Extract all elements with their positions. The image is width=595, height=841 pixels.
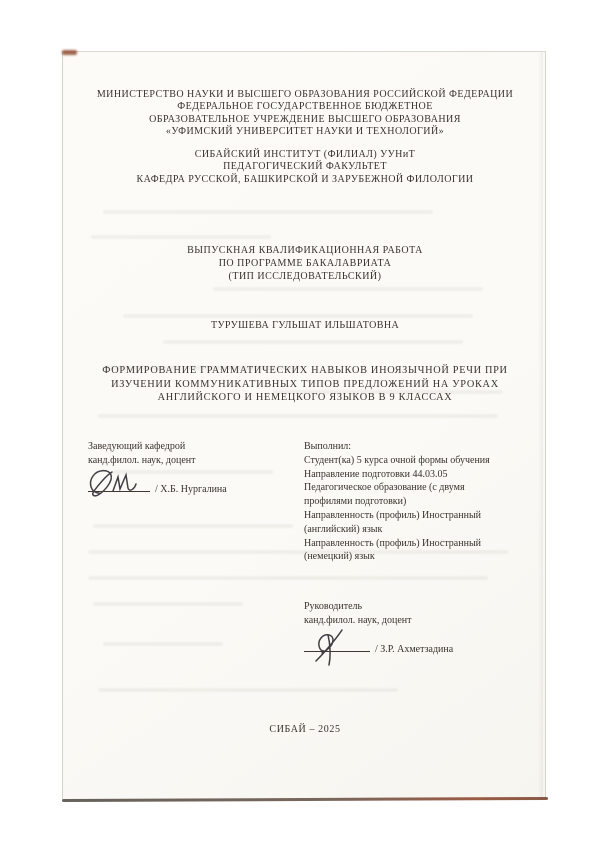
work-type-block: ВЫПУСКНАЯ КВАЛИФИКАЦИОННАЯ РАБОТА ПО ПРО… [63,244,547,283]
ministry-line: ОБРАЗОВАТЕЛЬНОЕ УЧРЕЖДЕНИЕ ВЫСШЕГО ОБРАЗ… [63,114,547,126]
department-line: КАФЕДРА РУССКОЙ, БАШКИРСКОЙ И ЗАРУБЕЖНОЙ… [63,174,547,186]
author-name: ТУРУШЕВА ГУЛЬШАТ ИЛЬШАТОВНА [63,320,547,331]
supervisor-role: Руководитель [304,600,534,614]
scanned-title-page: МИНИСТЕРСТВО НАУКИ И ВЫСШЕГО ОБРАЗОВАНИЯ… [62,51,546,799]
student-line: Направление подготовки 44.03.05 [304,468,534,482]
city-year: СИБАЙ – 2025 [63,724,547,735]
page-corner-smudge [62,50,77,55]
student-line: (немецкий) язык [304,550,534,564]
page-bottom-edge [62,797,548,802]
student-block: Выполнил: Студент(ка) 5 курса очной форм… [304,440,534,564]
work-type-line: ПО ПРОГРАММЕ БАКАЛАВРИАТА [63,257,547,270]
student-line: Направленность (профиль) Иностранный [304,509,534,523]
student-line: Педагогическое образование (с двумя [304,481,534,495]
supervisor-name: / З.Р. Ахметзадина [370,644,453,655]
thesis-title-line: ИЗУЧЕНИИ КОММУНИКАТИВНЫХ ТИПОВ ПРЕДЛОЖЕН… [63,378,547,392]
ministry-line: «УФИМСКИЙ УНИВЕРСИТЕТ НАУКИ И ТЕХНОЛОГИЙ… [63,126,547,138]
ministry-header: МИНИСТЕРСТВО НАУКИ И ВЫСШЕГО ОБРАЗОВАНИЯ… [63,89,547,138]
head-signature-row: / Х.Б. Нургалина [88,481,288,497]
supervisor-signature-line [304,641,370,652]
institute-header: СИБАЙСКИЙ ИНСТИТУТ (ФИЛИАЛ) УУНиТ ПЕДАГО… [63,149,547,186]
head-name: / Х.Б. Нургалина [150,484,227,495]
work-type-line: (ТИП ИССЛЕДОВАТЕЛЬСКИЙ) [63,270,547,283]
thesis-title: ФОРМИРОВАНИЕ ГРАММАТИЧЕСКИХ НАВЫКОВ ИНОЯ… [63,364,547,405]
head-role: Заведующий кафедрой [88,440,288,454]
supervisor-signature-row: / З.Р. Ахметзадина [304,641,534,657]
ministry-line: ФЕДЕРАЛЬНОЕ ГОСУДАРСТВЕННОЕ БЮДЖЕТНОЕ [63,101,547,113]
student-line: (английский) язык [304,523,534,537]
scan-background: МИНИСТЕРСТВО НАУКИ И ВЫСШЕГО ОБРАЗОВАНИЯ… [0,0,595,841]
faculty-line: ПЕДАГОГИЧЕСКИЙ ФАКУЛЬТЕТ [63,161,547,173]
supervisor-block: Руководитель канд.филол. наук, доцент / … [304,600,534,657]
supervisor-degree: канд.филол. наук, доцент [304,614,534,628]
institute-line: СИБАЙСКИЙ ИНСТИТУТ (ФИЛИАЛ) УУНиТ [63,149,547,161]
student-line: Направленность (профиль) Иностранный [304,537,534,551]
thesis-title-line: АНГЛИЙСКОГО И НЕМЕЦКОГО ЯЗЫКОВ В 9 КЛАСС… [63,391,547,405]
student-label: Выполнил: [304,440,534,454]
student-line: профилями подготовки) [304,495,534,509]
head-degree: канд.филол. наук, доцент [88,454,288,468]
thesis-title-line: ФОРМИРОВАНИЕ ГРАММАТИЧЕСКИХ НАВЫКОВ ИНОЯ… [63,364,547,378]
ministry-line: МИНИСТЕРСТВО НАУКИ И ВЫСШЕГО ОБРАЗОВАНИЯ… [63,89,547,101]
student-line: Студент(ка) 5 курса очной формы обучения [304,454,534,468]
department-head-block: Заведующий кафедрой канд.филол. наук, до… [88,440,288,497]
work-type-line: ВЫПУСКНАЯ КВАЛИФИКАЦИОННАЯ РАБОТА [63,244,547,257]
head-signature-line [88,481,150,492]
